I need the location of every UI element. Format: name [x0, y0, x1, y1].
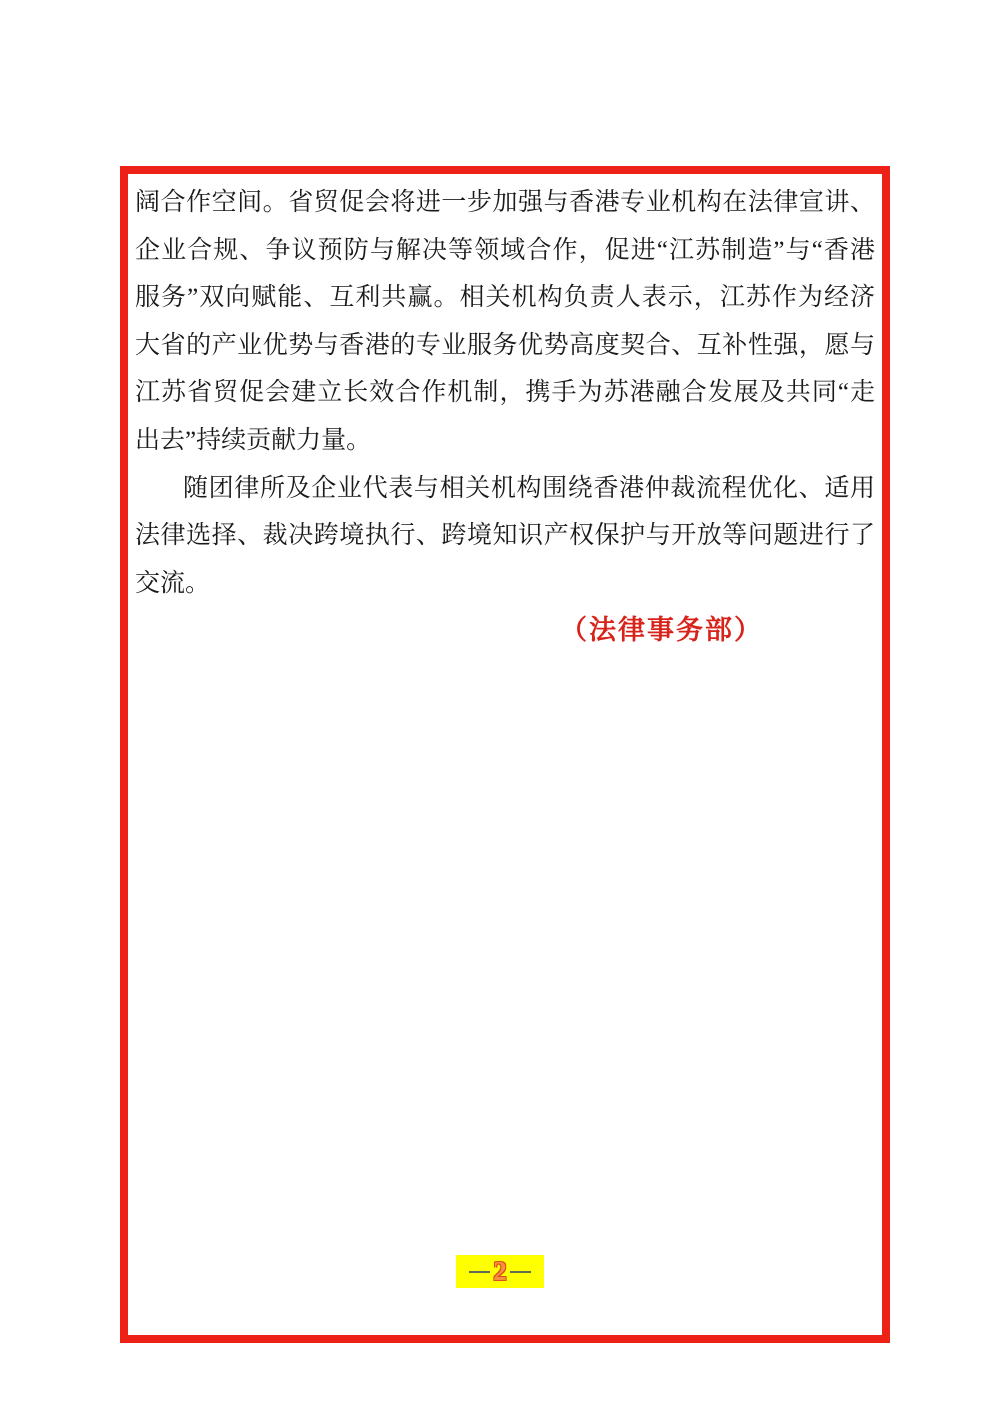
- page-number-dash-left: [469, 1271, 490, 1273]
- paragraph-continuation: 阔合作空间。省贸促会将进一步加强与香港专业机构在法律宣讲、 企业合规、争议预防与…: [135, 179, 875, 465]
- page-red-border: 阔合作空间。省贸促会将进一步加强与香港专业机构在法律宣讲、 企业合规、争议预防与…: [120, 166, 890, 1343]
- body-line: 法律选择、裁决跨境执行、跨境知识产权保护与开放等问题进行了: [135, 512, 875, 560]
- page-number-dash-right: [510, 1271, 531, 1273]
- page-number: 2: [493, 1255, 507, 1288]
- body-line: 交流。: [135, 560, 875, 608]
- document-body: 阔合作空间。省贸促会将进一步加强与香港专业机构在法律宣讲、 企业合规、争议预防与…: [128, 174, 882, 655]
- body-line: 企业合规、争议预防与解决等领域合作，促进“江苏制造”与“香港: [135, 227, 875, 275]
- department-signature: （法律事务部）: [135, 607, 875, 655]
- body-line: 随团律所及企业代表与相关机构围绕香港仲裁流程优化、适用: [135, 465, 875, 513]
- document-page: { "page": { "background": "#ffffff", "bo…: [0, 0, 1000, 1414]
- body-line: 阔合作空间。省贸促会将进一步加强与香港专业机构在法律宣讲、: [135, 179, 875, 227]
- body-line: 大省的产业优势与香港的专业服务优势高度契合、互补性强，愿与: [135, 322, 875, 370]
- body-line: 江苏省贸促会建立长效合作机制，携手为苏港融合发展及共同“走: [135, 369, 875, 417]
- paragraph-exchange: 随团律所及企业代表与相关机构围绕香港仲裁流程优化、适用 法律选择、裁决跨境执行、…: [135, 465, 875, 608]
- body-line: 出去”持续贡献力量。: [135, 417, 875, 465]
- body-line: 服务”双向赋能、互利共赢。相关机构负责人表示，江苏作为经济: [135, 274, 875, 322]
- page-number-highlight: 2: [456, 1255, 544, 1288]
